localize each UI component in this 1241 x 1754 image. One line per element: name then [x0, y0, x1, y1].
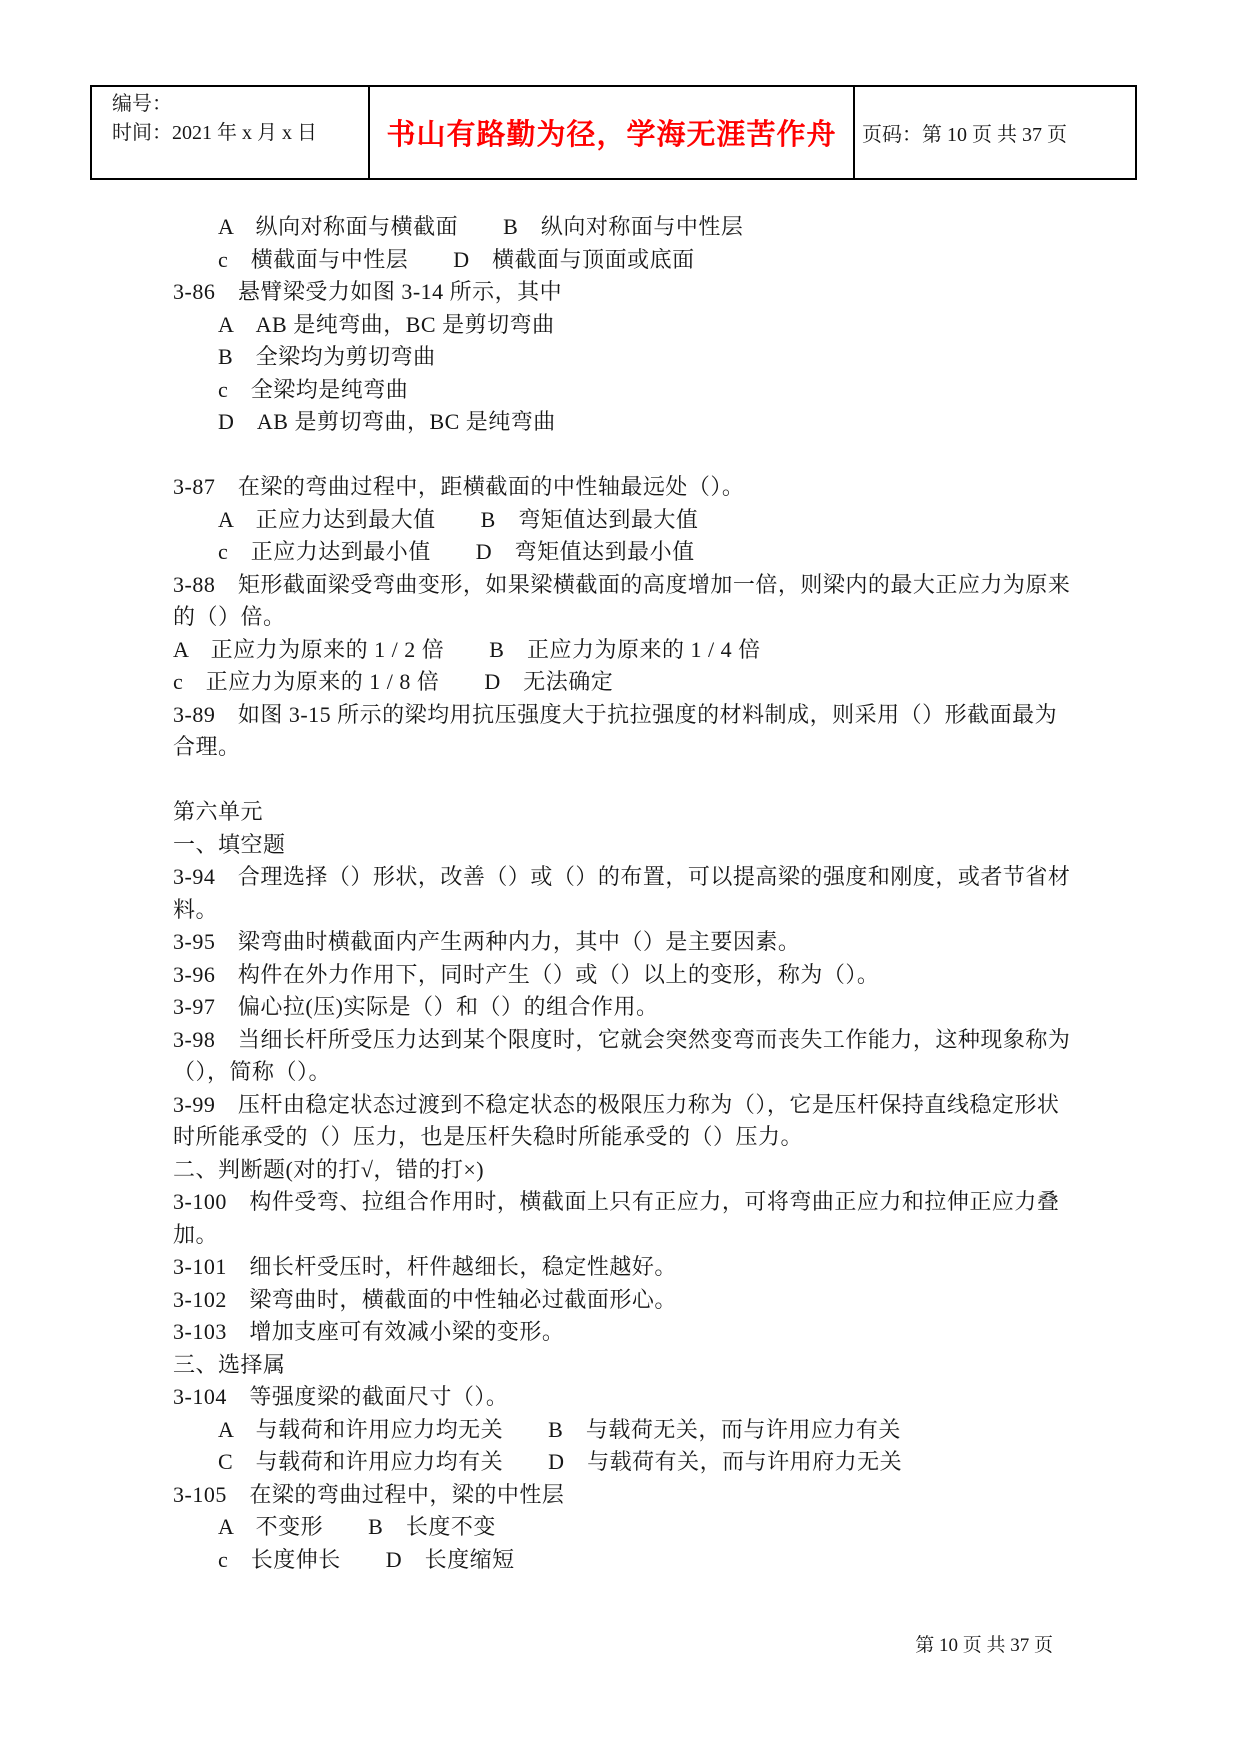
- text-line: 的（）倍。: [173, 601, 1113, 634]
- text-line: A 正应力达到最大值 B 弯矩值达到最大值: [173, 504, 1113, 537]
- header-page-number: 页码：第 10 页 共 37 页: [862, 124, 1067, 146]
- text-line: A AB 是纯弯曲，BC 是剪切弯曲: [173, 309, 1113, 342]
- text-line: （），简称（）。: [173, 1056, 1113, 1089]
- blank-line: [173, 439, 1113, 472]
- header-page-cell: 页码：第 10 页 共 37 页: [854, 86, 1136, 179]
- text-line: 加。: [173, 1219, 1113, 1252]
- text-line: 3-89 如图 3-15 所示的梁均用抗压强度大于抗拉强度的材料制成，则采用（）…: [173, 699, 1113, 732]
- blank-line: [173, 764, 1113, 797]
- footer-page-number: 第 10 页 共 37 页: [915, 1630, 1053, 1657]
- text-line: 3-103 增加支座可有效减小梁的变形。: [173, 1316, 1113, 1349]
- motto-text: 书山有路勤为径，学海无涯苦作舟: [386, 119, 836, 151]
- document-body: A 纵向对称面与横截面 B 纵向对称面与中性层c 横截面与中性层 D 横截面与顶…: [173, 211, 1113, 1576]
- header-info-cell: 编号： 时间：2021 年 x 月 x 日: [91, 86, 369, 179]
- text-line: 第六单元: [173, 796, 1113, 829]
- document-id-label: 编号：: [112, 90, 368, 119]
- text-line: 二、判断题(对的打√，错的打×): [173, 1154, 1113, 1187]
- text-line: c 全梁均是纯弯曲: [173, 374, 1113, 407]
- text-line: c 横截面与中性层 D 横截面与顶面或底面: [173, 244, 1113, 277]
- text-line: c 长度伸长 D 长度缩短: [173, 1544, 1113, 1577]
- text-line: 三、选择属: [173, 1349, 1113, 1382]
- header-table: 编号： 时间：2021 年 x 月 x 日 书山有路勤为径，学海无涯苦作舟 页码…: [90, 85, 1137, 180]
- text-line: D AB 是剪切弯曲，BC 是纯弯曲: [173, 406, 1113, 439]
- text-line: 3-102 梁弯曲时，横截面的中性轴必过截面形心。: [173, 1284, 1113, 1317]
- text-line: c 正应力达到最小值 D 弯矩值达到最小值: [173, 536, 1113, 569]
- text-line: A 不变形 B 长度不变: [173, 1511, 1113, 1544]
- text-line: B 全梁均为剪切弯曲: [173, 341, 1113, 374]
- text-line: c 正应力为原来的 1 / 8 倍 D 无法确定: [173, 666, 1113, 699]
- header-motto-cell: 书山有路勤为径，学海无涯苦作舟: [369, 86, 854, 179]
- document-date-label: 时间：2021 年 x 月 x 日: [112, 119, 368, 148]
- text-line: 3-105 在梁的弯曲过程中，梁的中性层: [173, 1479, 1113, 1512]
- text-line: 3-98 当细长杆所受压力达到某个限度时，它就会突然变弯而丧失工作能力，这种现象…: [173, 1024, 1113, 1057]
- text-line: 3-101 细长杆受压时，杆件越细长，稳定性越好。: [173, 1251, 1113, 1284]
- text-line: 3-100 构件受弯、拉组合作用时，横截面上只有正应力，可将弯曲正应力和拉伸正应…: [173, 1186, 1113, 1219]
- text-line: 时所能承受的（）压力，也是压杆失稳时所能承受的（）压力。: [173, 1121, 1113, 1154]
- text-line: 料。: [173, 894, 1113, 927]
- text-line: 3-97 偏心拉(压)实际是（）和（）的组合作用。: [173, 991, 1113, 1024]
- text-line: 3-95 梁弯曲时横截面内产生两种内力，其中（）是主要因素。: [173, 926, 1113, 959]
- document-page: 编号： 时间：2021 年 x 月 x 日 书山有路勤为径，学海无涯苦作舟 页码…: [0, 0, 1241, 1754]
- text-line: 3-99 压杆由稳定状态过渡到不稳定状态的极限压力称为（），它是压杆保持直线稳定…: [173, 1089, 1113, 1122]
- text-line: 3-94 合理选择（）形状，改善（）或（）的布置，可以提高梁的强度和刚度，或者节…: [173, 861, 1113, 894]
- text-line: 合理。: [173, 731, 1113, 764]
- text-line: A 纵向对称面与横截面 B 纵向对称面与中性层: [173, 211, 1113, 244]
- text-line: 3-86 悬臂梁受力如图 3-14 所示，其中: [173, 276, 1113, 309]
- text-line: A 与载荷和许用应力均无关 B 与载荷无关，而与许用应力有关: [173, 1414, 1113, 1447]
- text-line: 3-96 构件在外力作用下，同时产生（）或（）以上的变形，称为（）。: [173, 959, 1113, 992]
- text-line: 3-104 等强度梁的截面尺寸（）。: [173, 1381, 1113, 1414]
- text-line: 3-88 矩形截面梁受弯曲变形，如果梁横截面的高度增加一倍，则梁内的最大正应力为…: [173, 569, 1113, 602]
- text-line: 一、填空题: [173, 829, 1113, 862]
- text-line: C 与载荷和许用应力均有关 D 与载荷有关，而与许用府力无关: [173, 1446, 1113, 1479]
- text-line: 3-87 在梁的弯曲过程中，距横截面的中性轴最远处（）。: [173, 471, 1113, 504]
- text-line: A 正应力为原来的 1 / 2 倍 B 正应力为原来的 1 / 4 倍: [173, 634, 1113, 667]
